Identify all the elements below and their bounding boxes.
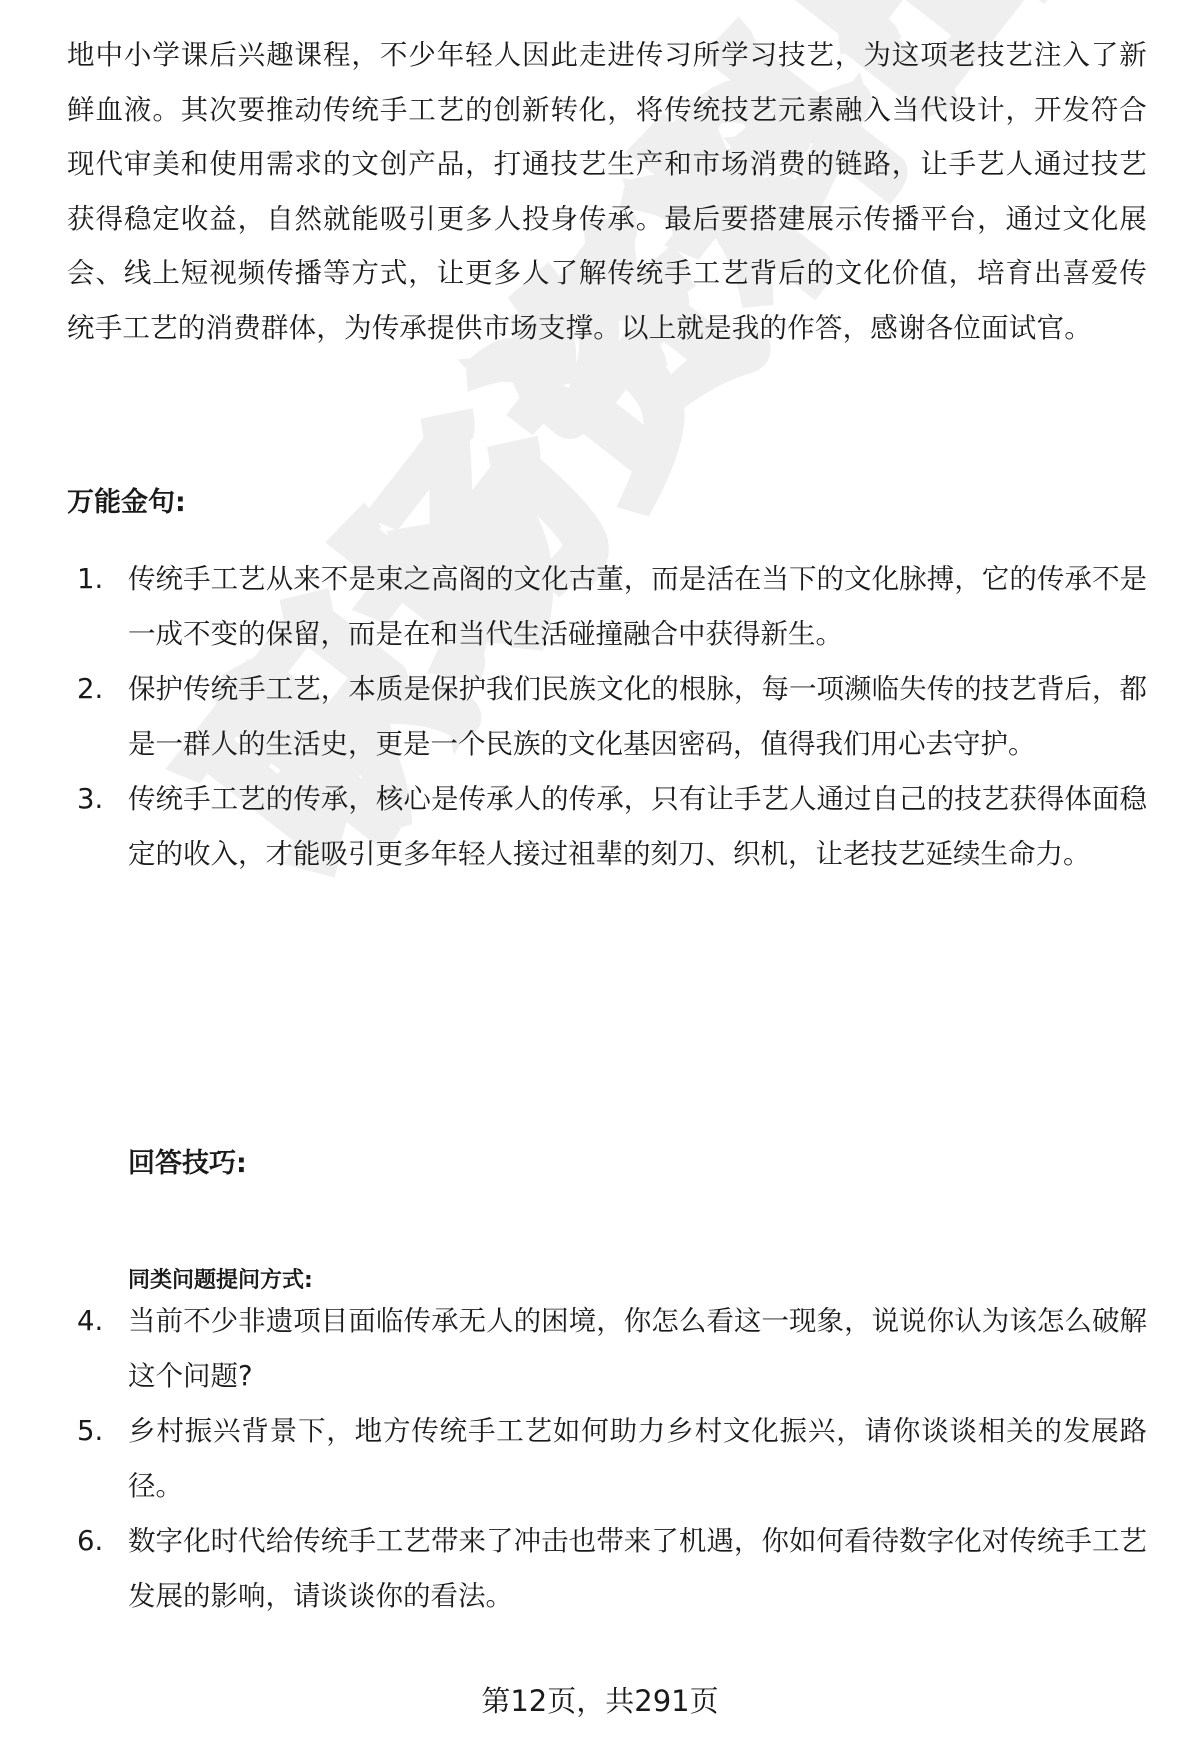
list-item: 5. 乡村振兴背景下，地方传统手工艺如何助力乡村文化振兴，请你谈谈相关的发展路径… — [67, 1404, 1147, 1513]
document-page: 地中小学课后兴趣课程，不少年轻人因此走进传习所学习技艺，为这项老技艺注入了新鲜血… — [67, 28, 1147, 355]
list-item: 6. 数字化时代给传统手工艺带来了冲击也带来了机遇，你如何看待数字化对传统手工艺… — [67, 1514, 1147, 1623]
list-text: 传统手工艺从来不是束之高阁的文化古董，而是活在当下的文化脉搏，它的传承不是一成不… — [128, 563, 1147, 650]
list-number: 4. — [77, 1294, 103, 1349]
list-number: 6. — [77, 1514, 103, 1569]
list-text: 乡村振兴背景下，地方传统手工艺如何助力乡村文化振兴，请你谈谈相关的发展路径。 — [128, 1415, 1147, 1502]
list-number: 1. — [77, 552, 103, 607]
golden-sentences-list: 1. 传统手工艺从来不是束之高阁的文化古董，而是活在当下的文化脉搏，它的传承不是… — [67, 552, 1147, 882]
list-text: 当前不少非遗项目面临传承无人的困境，你怎么看这一现象，说说你认为该怎么破解这个问… — [128, 1305, 1147, 1392]
list-item: 2. 保护传统手工艺，本质是保护我们民族文化的根脉，每一项濒临失传的技艺背后，都… — [67, 662, 1147, 771]
similar-questions-heading: 同类问题提问方式: — [128, 1265, 313, 1297]
list-text: 传统手工艺的传承，核心是传承人的传承，只有让手艺人通过自己的技艺获得体面稳定的收… — [128, 783, 1147, 870]
golden-sentences-heading: 万能金句: — [67, 483, 186, 523]
list-item: 4. 当前不少非遗项目面临传承无人的困境，你怎么看这一现象，说说你认为该怎么破解… — [67, 1294, 1147, 1403]
list-text: 数字化时代给传统手工艺带来了冲击也带来了机遇，你如何看待数字化对传统手工艺发展的… — [128, 1525, 1147, 1612]
answer-tips-heading: 回答技巧: — [128, 1144, 247, 1184]
page-indicator: 第12页，共291页 — [0, 1681, 1200, 1721]
similar-questions-list: 4. 当前不少非遗项目面临传承无人的困境，你怎么看这一现象，说说你认为该怎么破解… — [67, 1294, 1147, 1624]
list-number: 2. — [77, 662, 103, 717]
list-number: 5. — [77, 1404, 103, 1459]
list-text: 保护传统手工艺，本质是保护我们民族文化的根脉，每一项濒临失传的技艺背后，都是一群… — [128, 673, 1147, 760]
intro-paragraph: 地中小学课后兴趣课程，不少年轻人因此走进传习所学习技艺，为这项老技艺注入了新鲜血… — [67, 28, 1147, 355]
list-item: 3. 传统手工艺的传承，核心是传承人的传承，只有让手艺人通过自己的技艺获得体面稳… — [67, 772, 1147, 881]
list-item: 1. 传统手工艺从来不是束之高阁的文化古董，而是活在当下的文化脉搏，它的传承不是… — [67, 552, 1147, 661]
list-number: 3. — [77, 772, 103, 827]
